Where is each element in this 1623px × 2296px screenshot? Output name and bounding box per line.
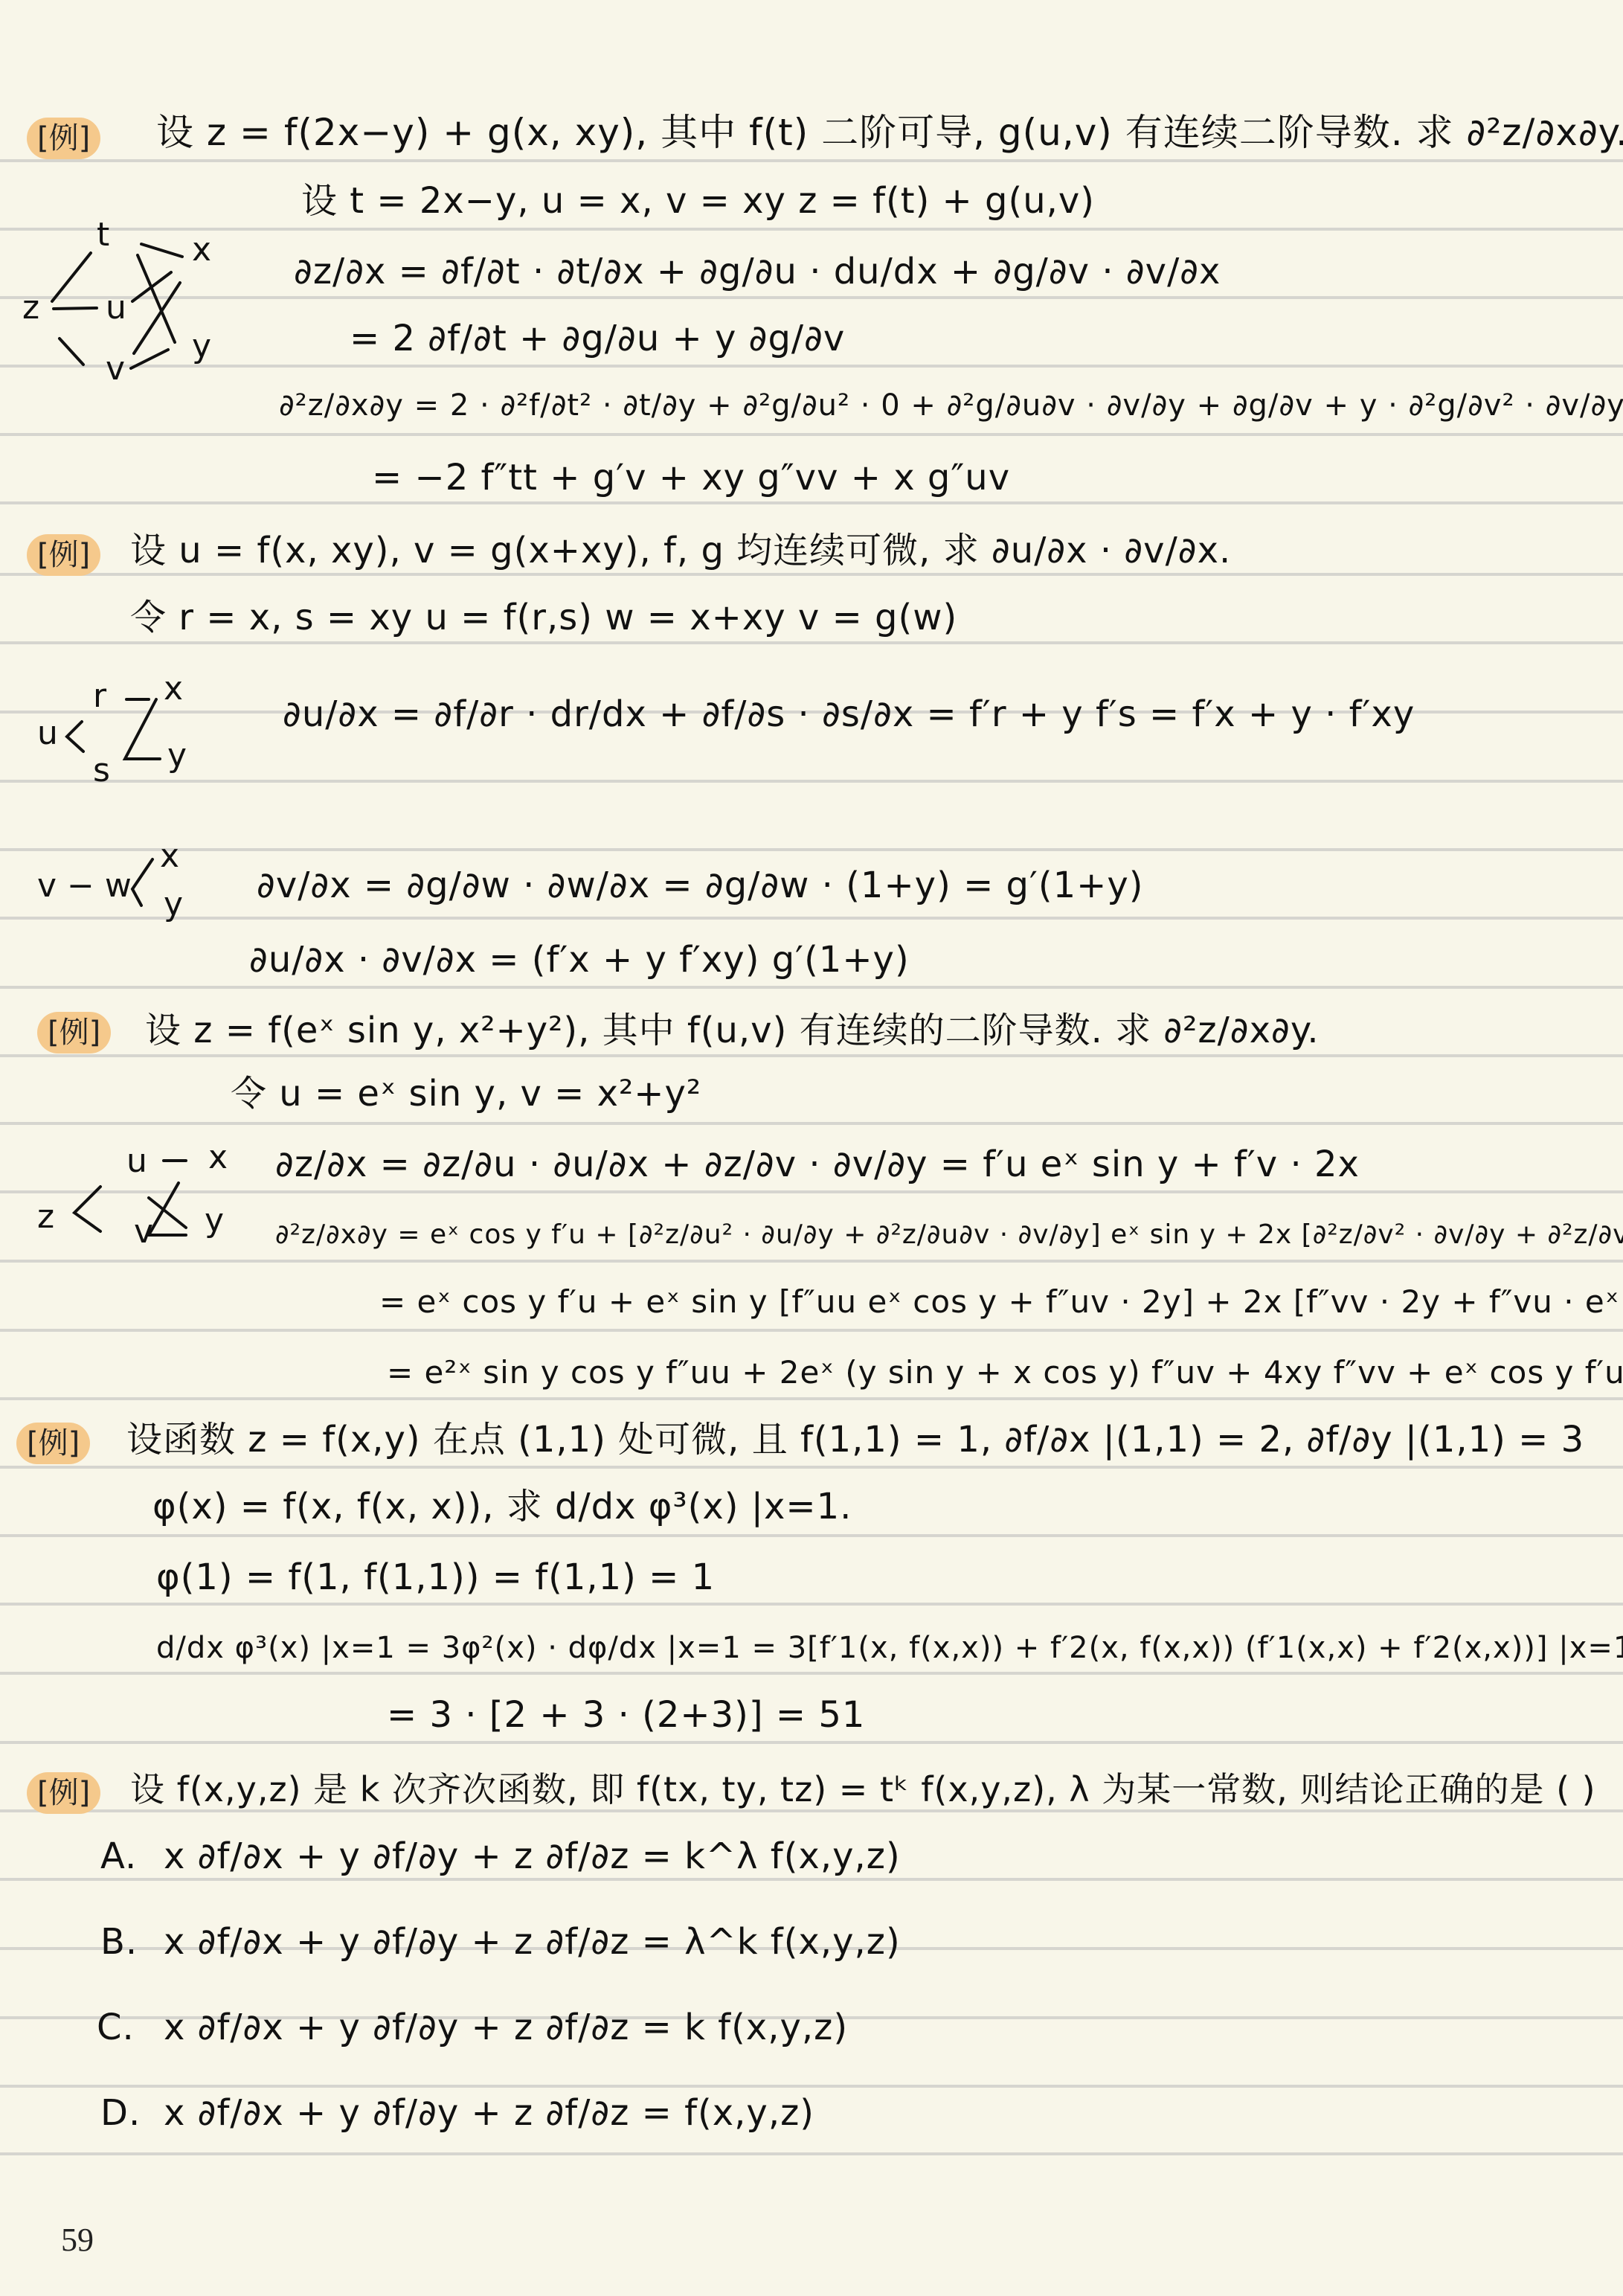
solution-line: = 3 · [2 + 3 · (2+3)] = 51 — [387, 1693, 865, 1737]
solution-line: = eˣ cos y f′u + eˣ sin y [f″uu eˣ cos y… — [379, 1280, 1623, 1324]
option-text: x ∂f/∂x + y ∂f/∂y + z ∂f/∂z = k f(x,y,z) — [164, 2005, 848, 2050]
solution-line: 设 t = 2x−y, u = x, v = xy z = f(t) + g(u… — [301, 179, 1095, 223]
tree-node-r: r — [93, 677, 106, 715]
problem-statement: 设 u = f(x, xy), v = g(x+xy), f, g 均连续可微,… — [130, 528, 1231, 573]
tree-node-v: v — [134, 1213, 153, 1251]
option-key: D. — [100, 2091, 141, 2135]
option-key: C. — [97, 2005, 135, 2050]
tree-node-u: u — [126, 1142, 147, 1180]
tree-branches-icon — [37, 670, 216, 781]
problem-statement: 设函数 z = f(x,y) 在点 (1,1) 处可微, 且 f(1,1) = … — [126, 1417, 1584, 1462]
solution-line: ∂u/∂x = ∂f/∂r · dr/dx + ∂f/∂s · ∂s/∂x = … — [283, 692, 1415, 737]
variable-dependency-tree-u: u r s x y — [37, 670, 216, 781]
option-text: x ∂f/∂x + y ∂f/∂y + z ∂f/∂z = λ^k f(x,y,… — [164, 1920, 901, 1964]
solution-line: = −2 f″tt + g′v + xy g″vv + x g″uv — [372, 455, 1010, 500]
example-label: [例] — [27, 1772, 100, 1814]
tree-node-t: t — [97, 216, 109, 254]
solution-line: ∂z/∂x = ∂f/∂t · ∂t/∂x + ∂g/∂u · du/dx + … — [294, 249, 1221, 294]
problem-statement: 设 f(x,y,z) 是 k 次齐次函数, 即 f(tx, ty, tz) = … — [130, 1767, 1596, 1812]
example-label: [例] — [16, 1423, 90, 1464]
example-label: [例] — [27, 118, 100, 159]
solution-line: = 2 ∂f/∂t + ∂g/∂u + y ∂g/∂v — [350, 316, 845, 361]
tree-node-y: y — [164, 885, 183, 923]
tree-node-x: x — [192, 231, 211, 269]
problem-statement: 设 z = f(2x−y) + g(x, xy), 其中 f(t) 二阶可导, … — [156, 110, 1623, 155]
tree-node-u: u — [37, 714, 58, 752]
solution-line: = e²ˣ sin y cos y f″uu + 2eˣ (y sin y + … — [387, 1350, 1623, 1395]
option-text: x ∂f/∂x + y ∂f/∂y + z ∂f/∂z = k^λ f(x,y,… — [164, 1834, 901, 1879]
tree-node-x: x — [208, 1138, 228, 1176]
option-key: A. — [100, 1834, 137, 1879]
tree-node-x: x — [164, 670, 183, 708]
tree-node-s: s — [93, 751, 110, 789]
solution-line: 令 r = x, s = xy u = f(r,s) w = x+xy v = … — [130, 595, 957, 640]
page-number: 59 — [61, 2221, 94, 2259]
solution-line: 令 u = eˣ sin y, v = x²+y² — [231, 1071, 701, 1116]
tree-node-x: x — [160, 837, 179, 875]
solution-line: ∂u/∂x · ∂v/∂x = (f′x + y f′xy) g′(1+y) — [249, 937, 910, 982]
tree-node-y: y — [205, 1202, 224, 1240]
solution-line: ∂v/∂x = ∂g/∂w · ∂w/∂x = ∂g/∂w · (1+y) = … — [257, 863, 1144, 908]
variable-dependency-tree-v: v − w x y — [37, 837, 186, 926]
tree-node-z: z — [22, 289, 39, 327]
solution-line: ∂²z/∂x∂y = eˣ cos y f′u + [∂²z/∂u² · ∂u/… — [275, 1213, 1623, 1257]
tree-node-v: v — [106, 350, 125, 388]
solution-line: ∂²z/∂x∂y = 2 · ∂²f/∂t² · ∂t/∂y + ∂²g/∂u²… — [279, 383, 1623, 428]
variable-dependency-tree: z u v x y — [37, 1138, 245, 1257]
solution-line: φ(1) = f(1, f(1,1)) = f(1,1) = 1 — [156, 1555, 715, 1600]
tree-node-u: u — [106, 289, 126, 327]
tree-node-y: y — [167, 737, 187, 775]
solution-line: ∂z/∂x = ∂z/∂u · ∂u/∂x + ∂z/∂v · ∂v/∂y = … — [275, 1142, 1360, 1187]
example-label: [例] — [37, 1012, 111, 1054]
variable-dependency-tree: z t u v x y — [22, 216, 216, 365]
option-text: x ∂f/∂x + y ∂f/∂y + z ∂f/∂z = f(x,y,z) — [164, 2091, 814, 2135]
solution-line: φ(x) = f(x, f(x, x)), 求 d/dx φ³(x) |x=1. — [152, 1484, 852, 1529]
problem-statement: 设 z = f(eˣ sin y, x²+y²), 其中 f(u,v) 有连续的… — [145, 1008, 1320, 1053]
example-label: [例] — [27, 534, 100, 576]
tree-node-z: z — [37, 1198, 54, 1236]
tree-node-y: y — [192, 327, 211, 365]
option-key: B. — [100, 1920, 138, 1964]
solution-line: d/dx φ³(x) |x=1 = 3φ²(x) · dφ/dx |x=1 = … — [156, 1626, 1623, 1670]
